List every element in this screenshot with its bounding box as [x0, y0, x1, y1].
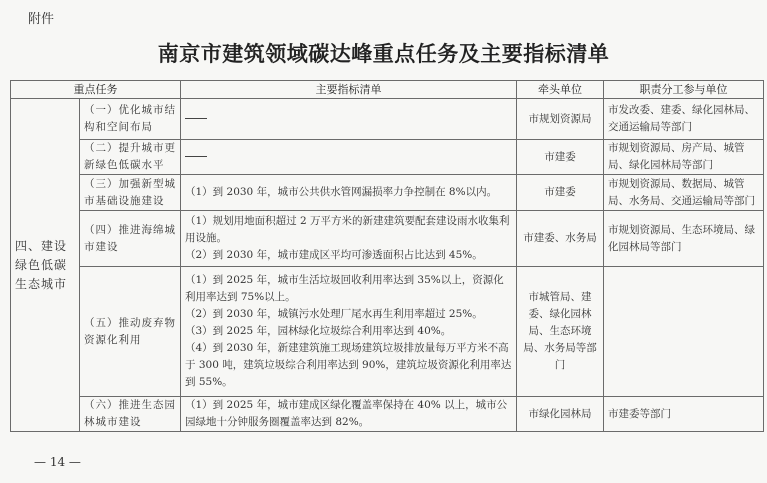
indicator-cell: （1）到 2025 年，城市建成区绿化覆盖率保持在 40% 以上，城市公园绿地十… — [181, 397, 517, 432]
participating-units-cell: 市建委等部门 — [604, 397, 764, 432]
indicator-item: （2）到 2030 年，城镇污水处理厂尾水再生利用率超过 25%。 — [185, 306, 512, 323]
task-cell: （五）推动废弃物资源化利用 — [80, 267, 181, 397]
indicator-table: 重点任务 主要指标清单 牵头单位 职责分工参与单位 四、建设绿色低碳生态城市 （… — [10, 80, 764, 432]
task-cell: （四）推进海绵城市建设 — [80, 211, 181, 267]
empty-dash — [185, 156, 207, 157]
participating-units-cell: 市规划资源局、房产局、城管局、绿化园林局等部门 — [604, 140, 764, 175]
header-indicators: 主要指标清单 — [181, 81, 517, 99]
indicator-item: （2）到 2030 年，城市建成区平均可渗透面积占比达到 45%。 — [185, 247, 512, 264]
lead-unit-cell: 市建委、水务局 — [517, 211, 604, 267]
indicator-item: （1）到 2030 年，城市公共供水管网漏损率力争控制在 8%以内。 — [185, 184, 512, 201]
empty-dash — [185, 118, 207, 119]
attachment-label: 附件 — [28, 8, 54, 27]
header-lead-unit: 牵头单位 — [517, 81, 604, 99]
indicator-cell — [181, 140, 517, 175]
task-cell: （二）提升城市更新绿色低碳水平 — [80, 140, 181, 175]
table-row: （三）加强新型城市基础设施建设 （1）到 2030 年，城市公共供水管网漏损率力… — [11, 175, 764, 211]
table-row: （二）提升城市更新绿色低碳水平 市建委 市规划资源局、房产局、城管局、绿化园林局… — [11, 140, 764, 175]
table-row: （五）推动废弃物资源化利用 （1）到 2025 年，城市生活垃圾回收利用率达到 … — [11, 267, 764, 397]
lead-unit-cell: 市建委 — [517, 175, 604, 211]
indicator-cell: （1）到 2030 年，城市公共供水管网漏损率力争控制在 8%以内。 — [181, 175, 517, 211]
task-cell: （一）优化城市结构和空间布局 — [80, 99, 181, 140]
lead-unit-cell: 市绿化园林局 — [517, 397, 604, 432]
header-participating-units: 职责分工参与单位 — [604, 81, 764, 99]
header-task: 重点任务 — [11, 81, 181, 99]
indicator-cell: （1）到 2025 年，城市生活垃圾回收利用率达到 35%以上，资源化利用率达到… — [181, 267, 517, 397]
participating-units-cell — [604, 267, 764, 397]
lead-unit-cell: 市建委 — [517, 140, 604, 175]
indicator-item: （1）到 2025 年，城市建成区绿化覆盖率保持在 40% 以上，城市公园绿地十… — [185, 397, 512, 431]
category-cell: 四、建设绿色低碳生态城市 — [11, 99, 80, 432]
page-number: — 14 — — [34, 455, 81, 469]
indicator-item: （4）到 2030 年，新建建筑施工现场建筑垃圾排放量每万平方米不高于 300 … — [185, 340, 512, 391]
indicator-item: （3）到 2025 年，园林绿化垃圾综合利用率达到 40%。 — [185, 323, 512, 340]
document-title: 南京市建筑领域碳达峰重点任务及主要指标清单 — [0, 38, 767, 68]
task-cell: （三）加强新型城市基础设施建设 — [80, 175, 181, 211]
indicator-item: （1）规划用地面积超过 2 万平方米的新建建筑要配套建设雨水收集利用设施。 — [185, 213, 512, 247]
indicator-cell — [181, 99, 517, 140]
indicator-item: （1）到 2025 年，城市生活垃圾回收利用率达到 35%以上，资源化利用率达到… — [185, 272, 512, 306]
participating-units-cell: 市发改委、建委、绿化园林局、交通运输局等部门 — [604, 99, 764, 140]
indicator-cell: （1）规划用地面积超过 2 万平方米的新建建筑要配套建设雨水收集利用设施。 （2… — [181, 211, 517, 267]
participating-units-cell: 市规划资源局、数据局、城管局、水务局、交通运输局等部门 — [604, 175, 764, 211]
table-row: 四、建设绿色低碳生态城市 （一）优化城市结构和空间布局 市规划资源局 市发改委、… — [11, 99, 764, 140]
table-row: （四）推进海绵城市建设 （1）规划用地面积超过 2 万平方米的新建建筑要配套建设… — [11, 211, 764, 267]
table-row: （六）推进生态园林城市建设 （1）到 2025 年，城市建成区绿化覆盖率保持在 … — [11, 397, 764, 432]
task-cell: （六）推进生态园林城市建设 — [80, 397, 181, 432]
participating-units-cell: 市规划资源局、生态环境局、绿化园林局等部门 — [604, 211, 764, 267]
lead-unit-cell: 市规划资源局 — [517, 99, 604, 140]
table-header-row: 重点任务 主要指标清单 牵头单位 职责分工参与单位 — [11, 81, 764, 99]
lead-unit-cell: 市城管局、建委、绿化园林局、生态环境局、水务局等部门 — [517, 267, 604, 397]
